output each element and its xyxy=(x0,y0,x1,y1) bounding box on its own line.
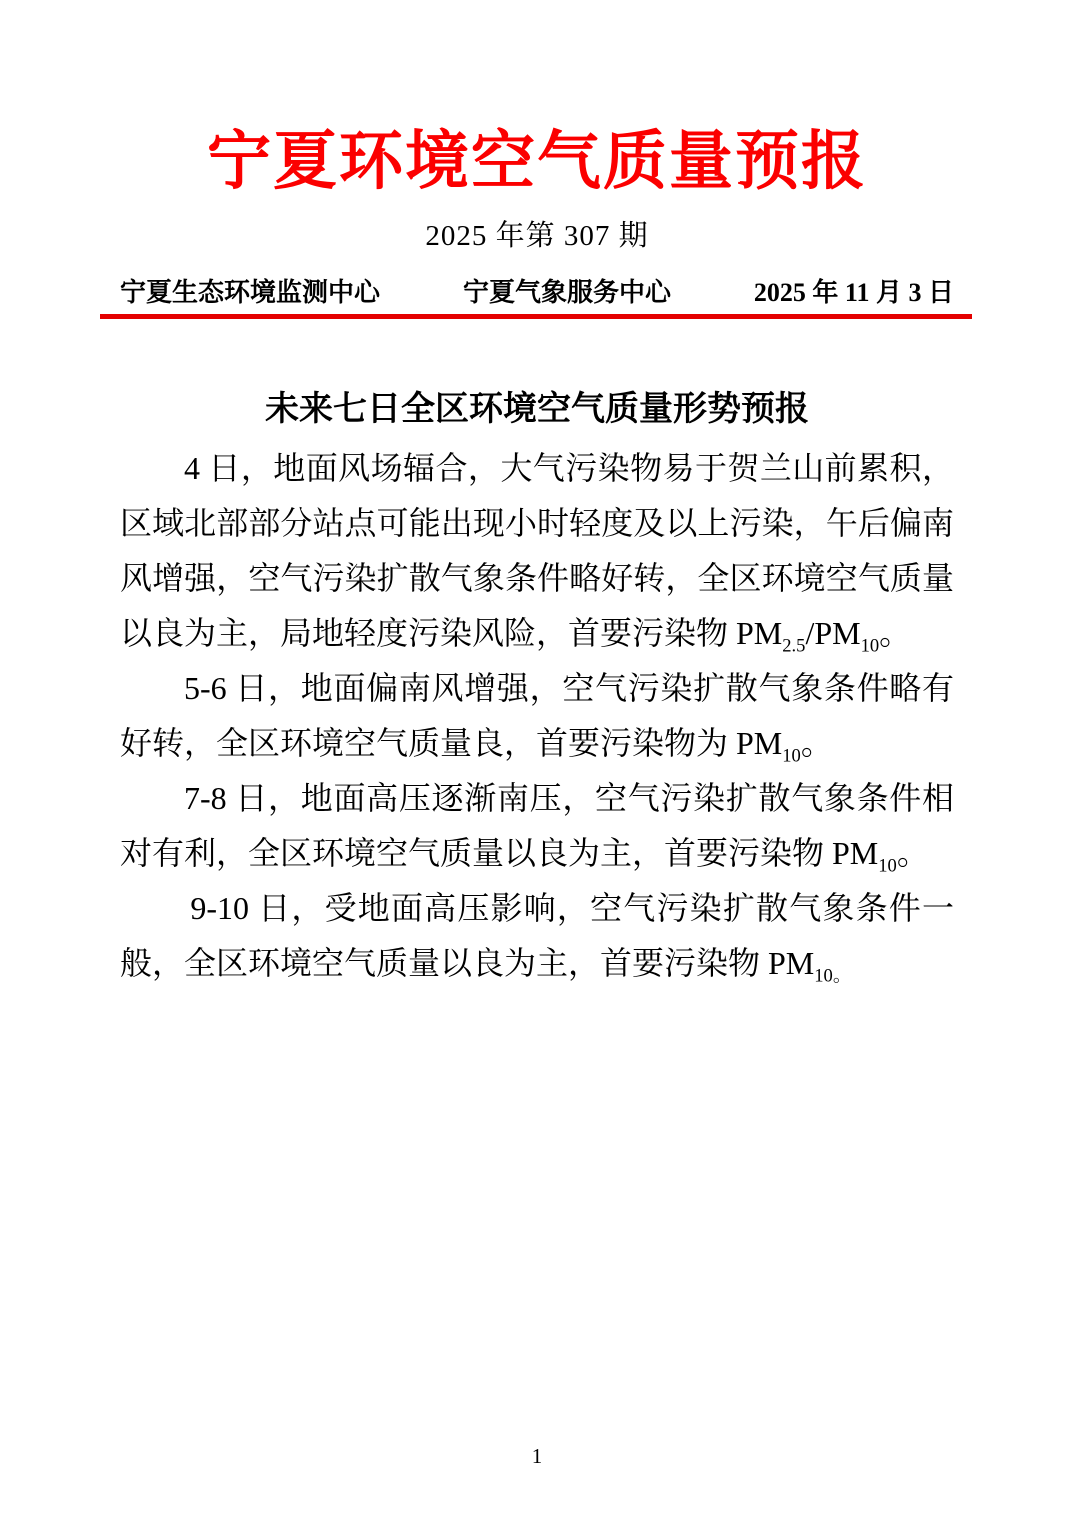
small-period: 。 xyxy=(833,965,852,986)
masthead-org-row: 宁夏生态环境监测中心 宁夏气象服务中心 2025 年 11 月 3 日 xyxy=(120,278,954,308)
pm10-subscript: 10 xyxy=(814,965,833,986)
page-number: 1 xyxy=(0,1444,1074,1468)
forecast-paragraph-day4: 4 日，地面风场辐合，大气污染物易于贺兰山前累积，区域北部部分站点可能出现小时轻… xyxy=(120,441,954,661)
pm10-subscript: 10 xyxy=(878,855,897,876)
forecast-paragraph-day7-8: 7-8 日，地面高压逐渐南压，空气污染扩散气象条件相对有利，全区环境空气质量以良… xyxy=(120,771,954,881)
org-left-name: 宁夏生态环境监测中心 xyxy=(120,278,380,308)
pm10-subscript: 10 xyxy=(861,635,880,656)
document-page: 宁夏环境空气质量预报 2025 年第 307 期 宁夏生态环境监测中心 宁夏气象… xyxy=(0,0,1074,1520)
section-heading: 未来七日全区环境空气质量形势预报 xyxy=(120,387,954,431)
forecast-paragraph-day9-10: 9-10 日，受地面高压影响，空气污染扩散气象条件一般，全区环境空气质量以良为主… xyxy=(120,881,954,991)
red-divider-line xyxy=(100,314,972,319)
pm25-subscript: 2.5 xyxy=(782,635,805,656)
document-title: 宁夏环境空气质量预报 xyxy=(120,0,954,206)
paragraph-text: 。 xyxy=(879,615,911,651)
paragraph-text: 。 xyxy=(801,725,833,761)
paragraph-text: 7-8 日，地面高压逐渐南压，空气污染扩散气象条件相对有利，全区环境空气质量以良… xyxy=(120,780,954,871)
page-content: 宁夏环境空气质量预报 2025 年第 307 期 宁夏生态环境监测中心 宁夏气象… xyxy=(0,0,1074,991)
org-right-name: 宁夏气象服务中心 xyxy=(463,278,671,308)
paragraph-text: 。 xyxy=(897,835,929,871)
issue-number-line: 2025 年第 307 期 xyxy=(120,218,954,254)
forecast-paragraph-day5-6: 5-6 日，地面偏南风增强，空气污染扩散气象条件略有好转，全区环境空气质量良，首… xyxy=(120,661,954,771)
issue-date: 2025 年 11 月 3 日 xyxy=(754,278,954,308)
pm10-subscript: 10 xyxy=(782,745,801,766)
forecast-body: 4 日，地面风场辐合，大气污染物易于贺兰山前累积，区域北部部分站点可能出现小时轻… xyxy=(120,441,954,991)
paragraph-text: /PM xyxy=(805,615,860,651)
